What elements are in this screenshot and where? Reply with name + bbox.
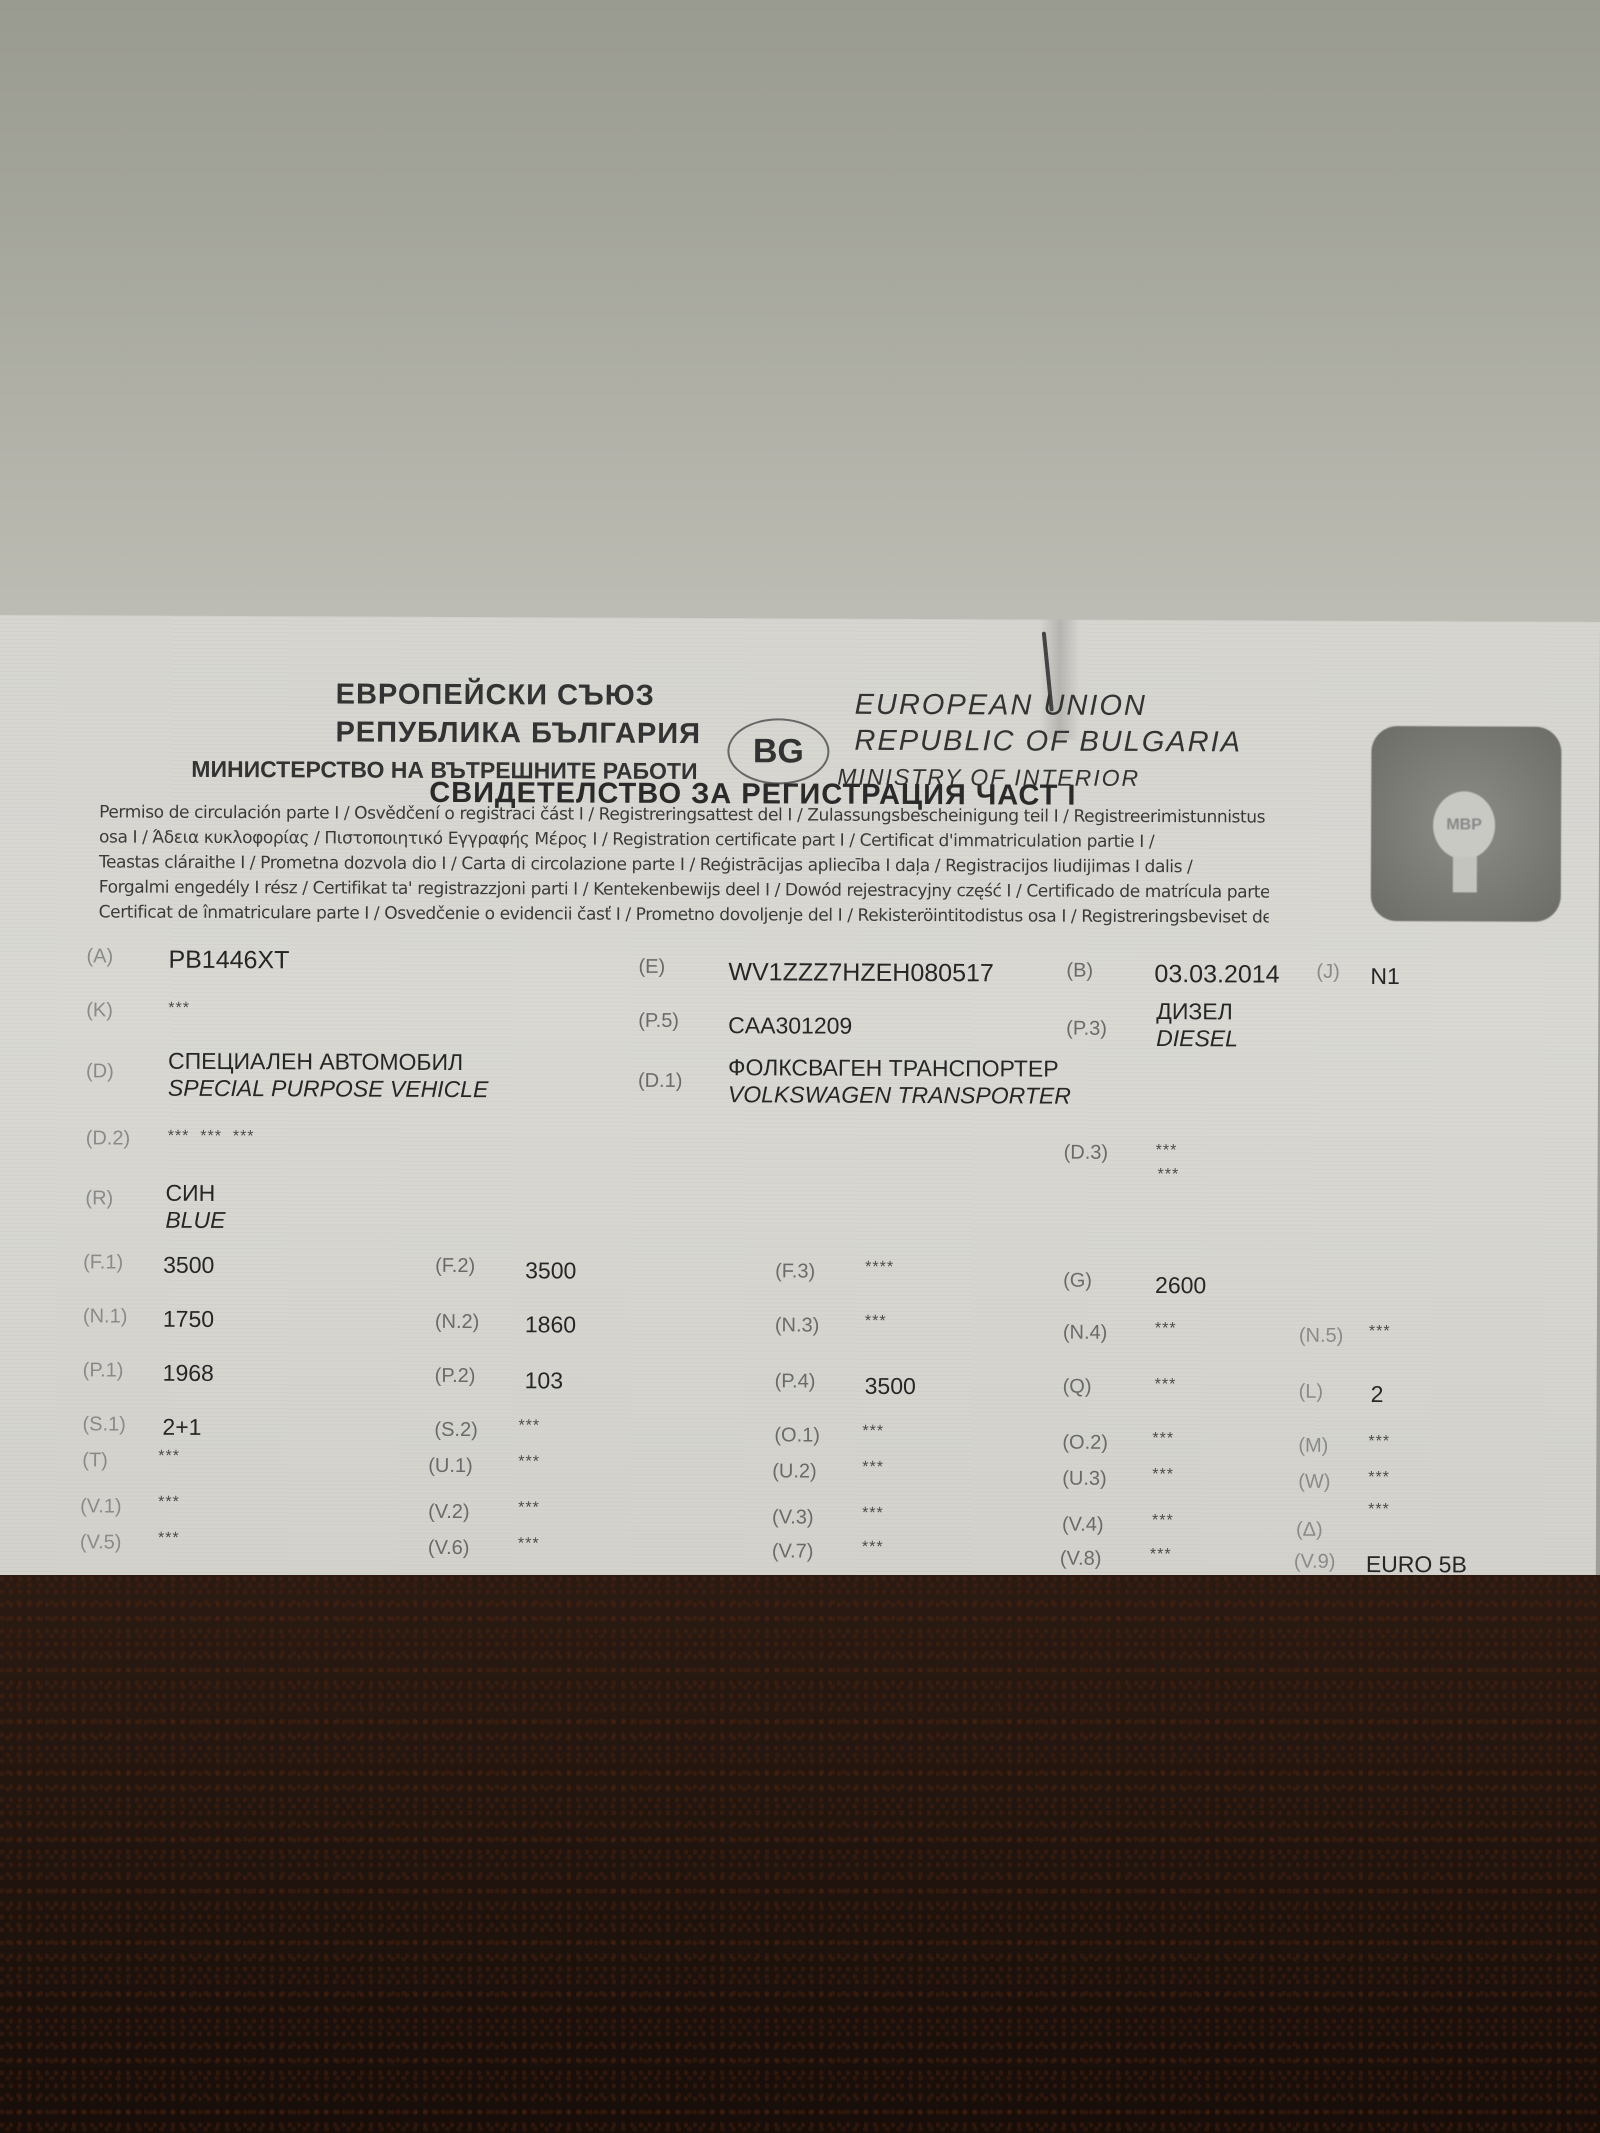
field-value-B: 03.03.2014: [1154, 960, 1279, 990]
field-label-V7: (V.7): [772, 1540, 814, 1563]
field-value-V8: ***: [1150, 1546, 1172, 1564]
field-value-U3: ***: [1152, 1466, 1174, 1484]
field-value-N3: ***: [865, 1313, 887, 1331]
field-label-D: (D): [86, 1060, 114, 1083]
field-label-K: (K): [86, 999, 113, 1022]
field-label-J: (J): [1316, 961, 1339, 984]
field-value-O1: ***: [862, 1423, 884, 1441]
field-label-V9: (V.9): [1294, 1551, 1336, 1574]
field-label-V3: (V.3): [772, 1506, 814, 1529]
field-value-Q: ***: [1155, 1376, 1177, 1394]
field-value-V5: ***: [158, 1530, 180, 1548]
field-value-D1-bg: ФОЛКСВАГЕН ТРАНСПОРТЕР: [728, 1054, 1071, 1082]
multilingual-title: Permiso de circulación parte I / Osvědče…: [99, 800, 1270, 930]
field-label-B: (B): [1066, 960, 1093, 983]
field-value-G: 2600: [1155, 1272, 1206, 1299]
multilingual-line: Certificat de înmatriculare parte I / Os…: [99, 900, 1269, 930]
field-value-A: PB1446XT: [168, 946, 289, 976]
header-bg-republic: РЕПУБЛИКА БЪЛГАРИЯ: [335, 716, 701, 751]
field-label-P5: (P.5): [638, 1010, 679, 1033]
field-label-D3: (D.3): [1064, 1142, 1109, 1165]
ministry-stamp-icon: МВР: [1371, 726, 1562, 922]
field-label-Delta: (Δ): [1296, 1519, 1323, 1542]
field-value-J: N1: [1370, 963, 1400, 990]
field-label-P1: (P.1): [83, 1359, 124, 1382]
field-value-O2: ***: [1152, 1430, 1174, 1448]
field-value-F2: 3500: [525, 1257, 576, 1284]
field-label-P4: (P.4): [775, 1370, 816, 1393]
field-value-N1: 1750: [163, 1306, 214, 1333]
field-label-V6: (V.6): [428, 1537, 470, 1560]
field-value-N5: ***: [1369, 1323, 1391, 1341]
field-value-V1: ***: [158, 1494, 180, 1512]
field-label-N3: (N.3): [775, 1314, 820, 1337]
field-label-F3: (F.3): [775, 1260, 815, 1283]
field-label-E: (E): [638, 956, 665, 979]
field-label-V8: (V.8): [1060, 1548, 1102, 1571]
field-label-S1: (S.1): [82, 1413, 125, 1436]
field-value-P2: 103: [525, 1367, 563, 1394]
field-value-P3-en: DIESEL: [1156, 1025, 1238, 1052]
field-label-U1: (U.1): [428, 1455, 473, 1478]
field-value-V3: ***: [862, 1505, 884, 1523]
field-value-U2: ***: [862, 1459, 884, 1477]
field-label-V5: (V.5): [80, 1531, 122, 1554]
field-value-D: СПЕЦИАЛЕН АВТОМОБИЛ SPECIAL PURPOSE VEHI…: [168, 1048, 489, 1103]
field-value-P4: 3500: [865, 1373, 916, 1400]
field-label-D1: (D.1): [638, 1070, 683, 1093]
field-value-P3: ДИЗЕЛ DIESEL: [1156, 998, 1238, 1052]
field-value-R-en: BLUE: [165, 1207, 225, 1234]
field-value-D-en: SPECIAL PURPOSE VEHICLE: [168, 1075, 489, 1103]
field-label-F1: (F.1): [83, 1251, 123, 1274]
field-label-N2: (N.2): [435, 1311, 480, 1334]
field-value-D1: ФОЛКСВАГЕН ТРАНСПОРТЕР VOLKSWAGEN TRANSP…: [728, 1054, 1071, 1109]
field-value-R: СИН BLUE: [165, 1180, 225, 1234]
field-value-P1: 1968: [163, 1360, 214, 1387]
stamp-emblem: МВР: [1433, 791, 1495, 859]
field-label-P2: (P.2): [435, 1365, 476, 1388]
field-value-D3-line2: ***: [1158, 1166, 1180, 1184]
field-label-W: (W): [1298, 1471, 1330, 1494]
field-value-R-bg: СИН: [165, 1180, 225, 1207]
carpet-background: [0, 1575, 1600, 2133]
field-label-D2: (D.2): [86, 1127, 131, 1150]
field-value-K: ***: [168, 1000, 190, 1018]
field-label-N4: (N.4): [1063, 1322, 1108, 1345]
field-value-U1: ***: [518, 1453, 540, 1471]
field-label-P3: (P.3): [1066, 1018, 1107, 1041]
field-value-E: WV1ZZZ7HZEH080517: [728, 958, 993, 988]
field-label-Q: (Q): [1063, 1376, 1092, 1399]
field-label-O2: (O.2): [1062, 1432, 1108, 1455]
field-value-V2: ***: [518, 1499, 540, 1517]
field-value-S2: ***: [518, 1417, 540, 1435]
field-label-G: (G): [1063, 1270, 1092, 1293]
field-value-F3: ****: [865, 1259, 894, 1277]
field-label-O1: (O.1): [774, 1424, 820, 1447]
field-value-D-bg: СПЕЦИАЛЕН АВТОМОБИЛ: [168, 1048, 489, 1076]
field-label-N1: (N.1): [83, 1305, 128, 1328]
field-label-V2: (V.2): [428, 1501, 470, 1524]
field-value-W: ***: [1368, 1469, 1390, 1487]
field-value-P5: CAA301209: [728, 1012, 852, 1040]
field-label-L: (L): [1299, 1381, 1324, 1404]
field-label-A: (A): [86, 945, 113, 968]
field-value-L: 2: [1371, 1381, 1384, 1408]
field-value-Delta: ***: [1368, 1501, 1390, 1519]
field-label-U2: (U.2): [772, 1460, 817, 1483]
field-value-D1-en: VOLKSWAGEN TRANSPORTER: [728, 1081, 1071, 1109]
field-label-R: (R): [85, 1187, 113, 1210]
field-label-T: (T): [82, 1449, 108, 1472]
field-value-T: ***: [158, 1448, 180, 1466]
field-label-M: (M): [1298, 1435, 1328, 1458]
header-en-republic: REPUBLIC OF BULGARIA: [854, 725, 1242, 760]
field-label-N5: (N.5): [1299, 1325, 1344, 1348]
header-en-eu: EUROPEAN UNION: [855, 689, 1147, 723]
field-value-P3-bg: ДИЗЕЛ: [1156, 998, 1238, 1025]
field-value-F1: 3500: [163, 1252, 214, 1279]
field-value-N2: 1860: [525, 1311, 576, 1338]
field-label-F2: (F.2): [435, 1255, 475, 1278]
field-label-V4: (V.4): [1062, 1514, 1104, 1537]
field-label-V1: (V.1): [80, 1495, 122, 1518]
field-value-D3-line1: ***: [1156, 1142, 1178, 1160]
field-value-V4: ***: [1152, 1512, 1174, 1530]
field-value-V6: ***: [518, 1535, 540, 1553]
field-label-S2: (S.2): [434, 1419, 477, 1442]
field-value-D2: *** *** ***: [168, 1128, 255, 1146]
stamp-stem: [1453, 856, 1477, 892]
field-value-V7: ***: [862, 1539, 884, 1557]
field-value-S1: 2+1: [162, 1414, 201, 1441]
country-code-badge: BG: [727, 718, 829, 784]
field-value-M: ***: [1368, 1433, 1390, 1451]
registration-certificate: ЕВРОПЕЙСКИ СЪЮЗ РЕПУБЛИКА БЪЛГАРИЯ МИНИС…: [0, 615, 1600, 1587]
background-paper: [0, 0, 1600, 630]
field-label-U3: (U.3): [1062, 1468, 1107, 1491]
field-value-N4: ***: [1155, 1320, 1177, 1338]
header-bg-eu: ЕВРОПЕЙСКИ СЪЮЗ: [336, 678, 655, 712]
